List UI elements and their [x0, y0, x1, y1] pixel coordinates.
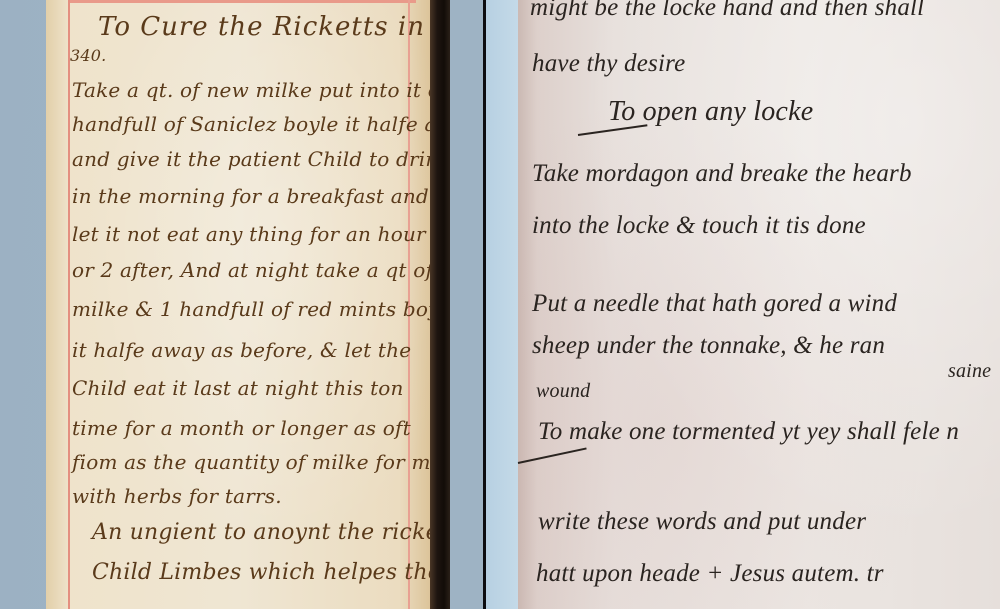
manuscript-line: hatt upon heade + Jesus autem. tr [536, 560, 884, 588]
red-margin-top [68, 0, 416, 3]
recipe-line: time for a month or longer as oft [72, 416, 411, 440]
heading-flourish [518, 447, 587, 464]
recipe-line: milke & 1 handfull of red mints boyle [72, 297, 458, 321]
red-margin-left [68, 0, 70, 609]
tormented-heading: To make one tormented yt yey shall fele … [538, 418, 959, 446]
margin-note: saine [948, 360, 991, 383]
recipe-line: let it not eat any thing for an hour [72, 222, 426, 246]
manuscript-line: have thy desire [532, 50, 685, 78]
manuscript-word: wound [536, 380, 590, 403]
manuscript-line: Put a needle that hath gored a wind [532, 290, 897, 318]
right-manuscript-photo: might be the locke hand and then shall h… [486, 0, 1000, 609]
entry-number: 340. [70, 46, 106, 65]
recipe-line: Take a qt. of new milke put into it one [72, 78, 465, 102]
paper-edge [486, 0, 518, 609]
ointment-heading: An ungient to anoynt the ricketted [92, 520, 483, 545]
manuscript-line: sheep under the tonnake, & he ran [532, 332, 885, 360]
book-page-left: 340. To Cure the Ricketts in Children Ta… [46, 0, 430, 609]
recipe-heading: To Cure the Ricketts in Children [98, 12, 483, 42]
recipe-line: handfull of Saniclez boyle it halfe away [72, 112, 478, 136]
open-lock-heading: To open any locke [608, 96, 813, 128]
recipe-line: or 2 after, And at night take a qt of [72, 258, 433, 282]
recipe-line: Child eat it last at night this ton [72, 376, 404, 400]
ointment-heading: Child Limbes which helpes though lame [92, 560, 483, 585]
background-strip [450, 0, 483, 609]
recipe-line: in the morning for a breakfast and [72, 184, 429, 208]
paper-page-right: might be the locke hand and then shall h… [518, 0, 1000, 609]
left-manuscript-photo: 340. To Cure the Ricketts in Children Ta… [0, 0, 483, 609]
recipe-line: with herbs for tarrs. [72, 484, 282, 508]
recipe-line: it halfe away as before, & let the [72, 338, 411, 362]
manuscript-line: write these words and put under [538, 508, 866, 536]
book-binding [430, 0, 450, 609]
manuscript-line: might be the locke hand and then shall [530, 0, 924, 22]
manuscript-line: into the locke & touch it tis done [532, 212, 866, 240]
recipe-line: and give it the patient Child to drink [72, 147, 451, 171]
manuscript-line: Take mordagon and breake the hearb [532, 160, 912, 188]
recipe-line: fiom as the quantity of milke for made [72, 450, 468, 474]
